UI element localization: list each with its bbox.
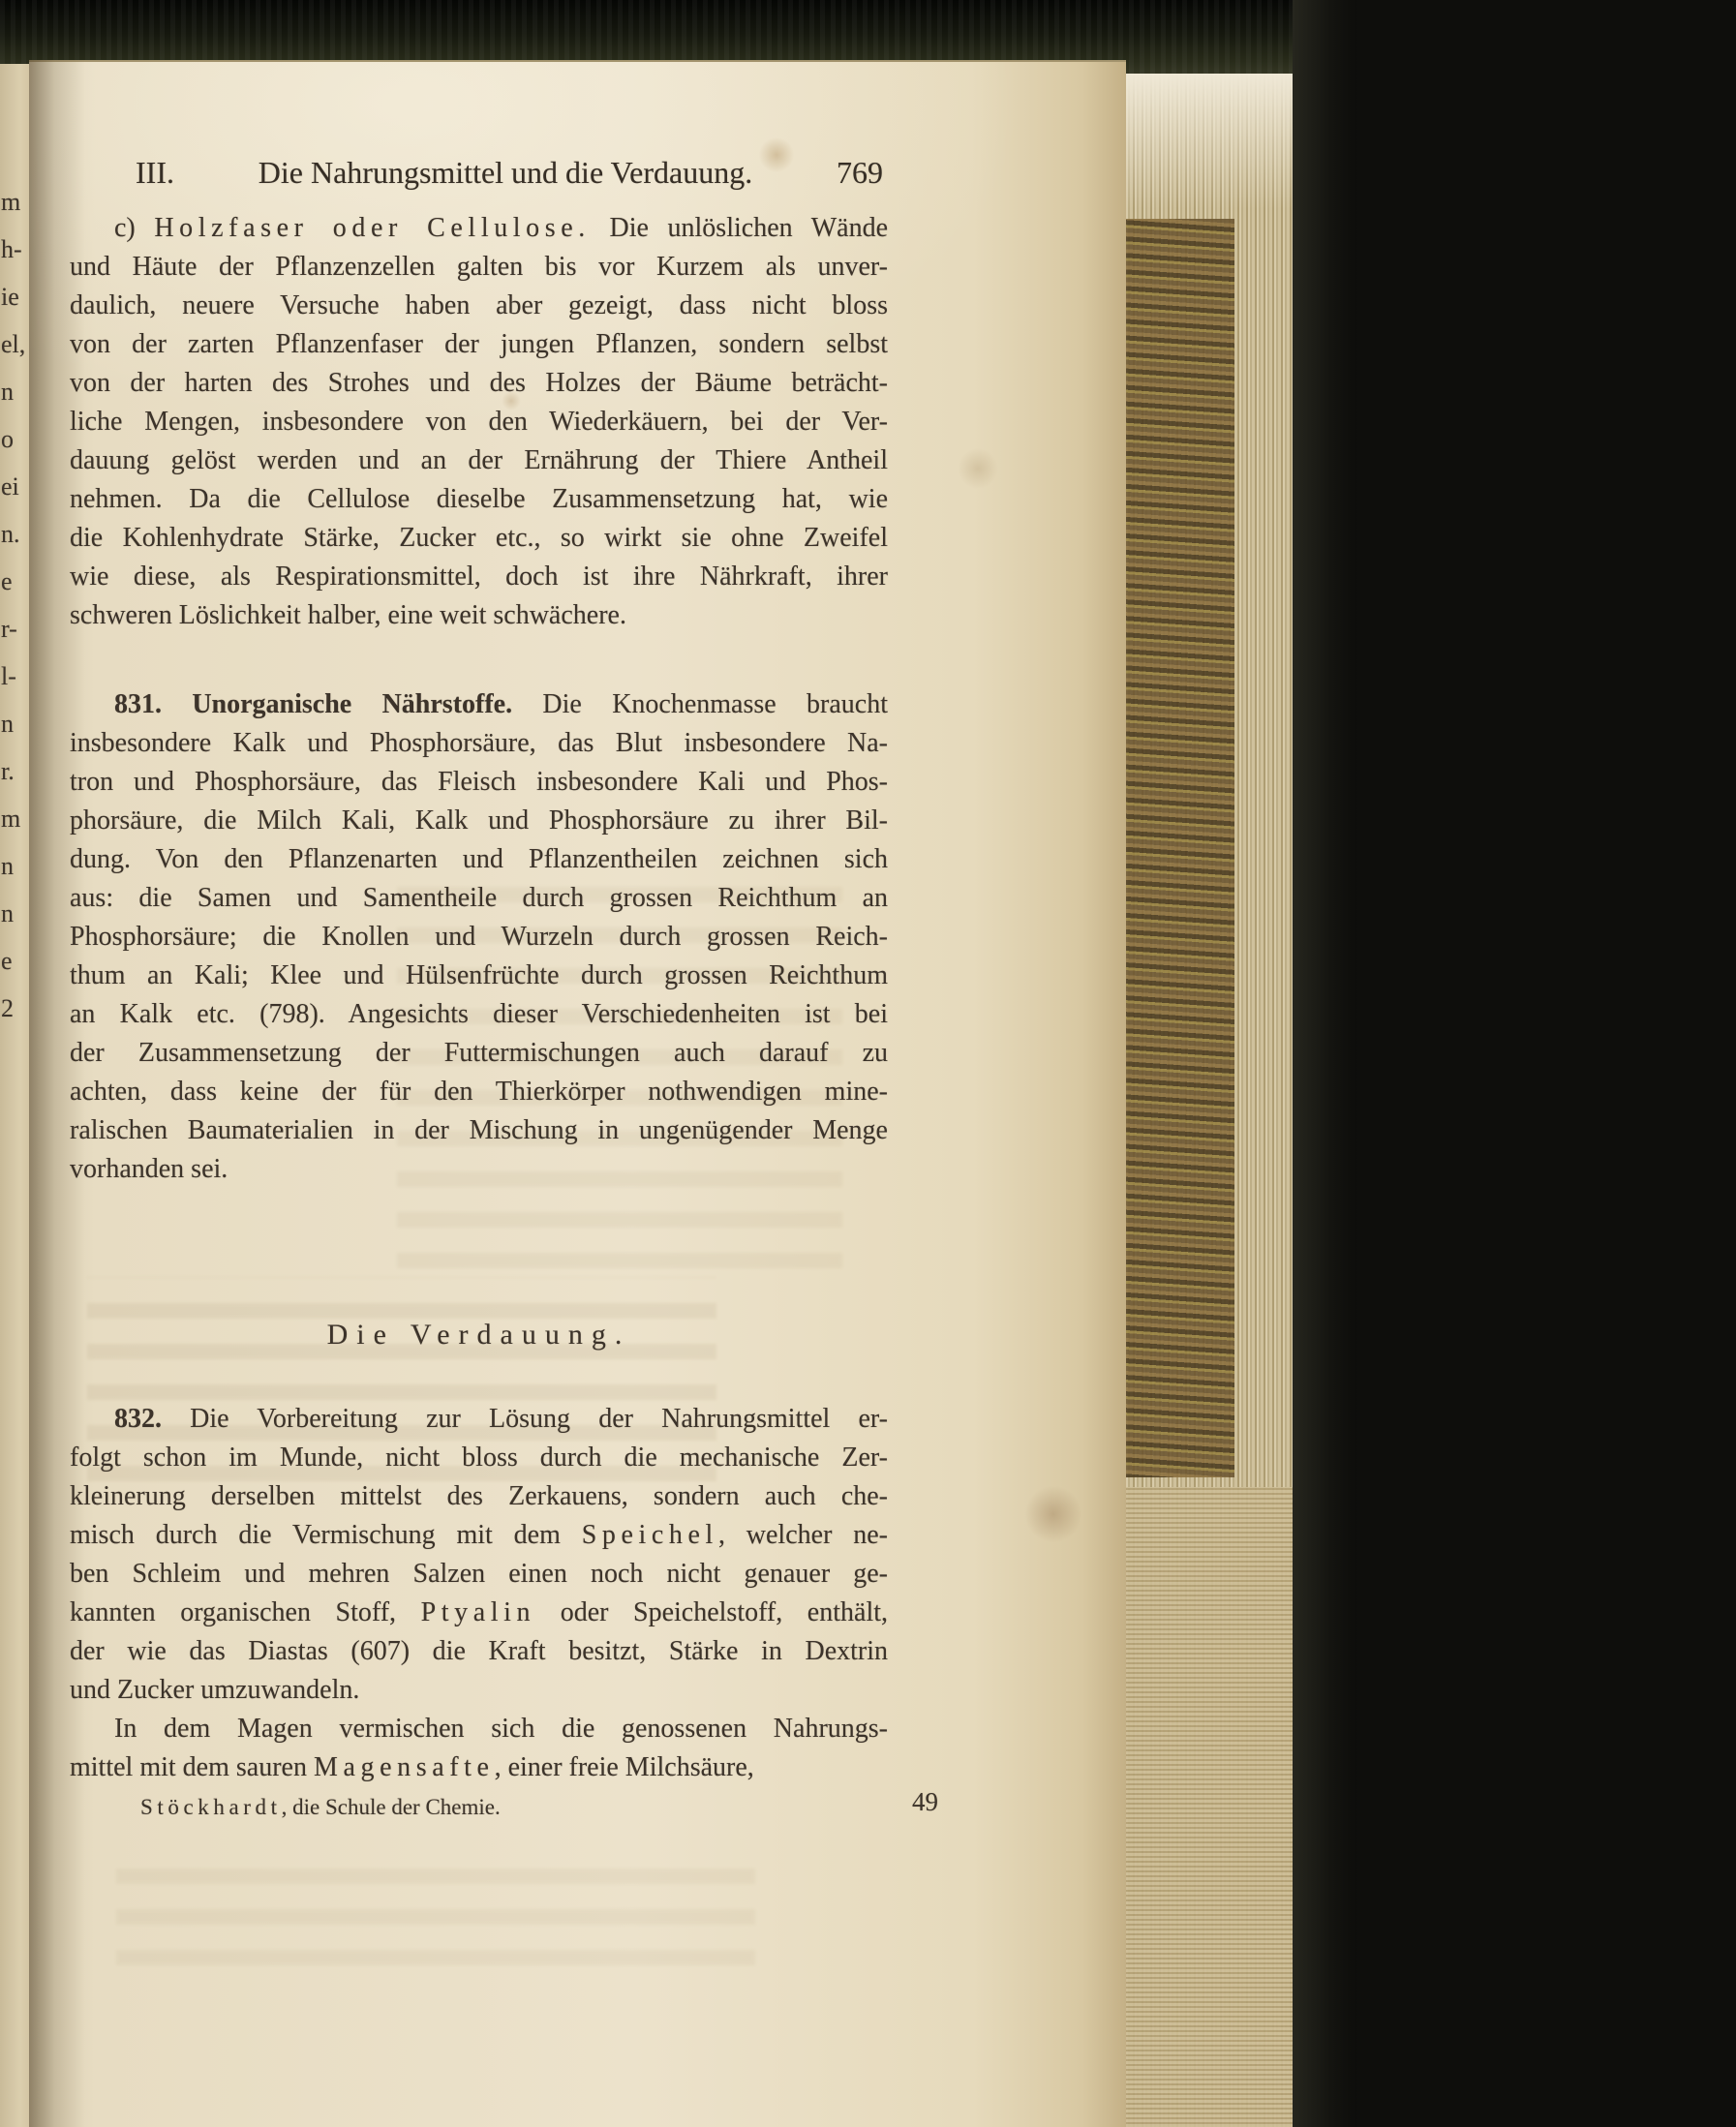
text-line: mittel mit dem sauren Magensafte, einer … xyxy=(70,1748,888,1787)
emphasized-text: Ptyalin xyxy=(421,1597,536,1627)
text-line: die Kohlenhydrate Stärke, Zucker etc., s… xyxy=(70,519,888,558)
emphasized-text: Holzfaser oder Cellulose. xyxy=(154,213,591,243)
header-title: Die Nahrungsmittel und die Verdauung. xyxy=(259,155,752,191)
text-line: daulich, neuere Versuche haben aber geze… xyxy=(70,287,888,325)
text-line: misch durch die Vermischung mit dem Spei… xyxy=(70,1516,888,1555)
text-line: von der zarten Pflanzenfaser der jungen … xyxy=(70,325,888,364)
text-line: l- xyxy=(1,653,29,700)
plain-text: , die Schule der Chemie. xyxy=(282,1795,501,1819)
text-line: schweren Löslichkeit halber, eine weit s… xyxy=(70,596,888,635)
text-line: nehmen. Da die Cellulose dieselbe Zusamm… xyxy=(70,480,888,519)
plain-text: , welcher ne- xyxy=(718,1520,888,1550)
text-line: phorsäure, die Milch Kali, Kalk und Phos… xyxy=(70,802,888,840)
fore-edge-marble xyxy=(1126,219,1234,1477)
text-line: c) Holzfaser oder Cellulose. Die unlösli… xyxy=(70,209,888,248)
text-line: thum an Kali; Klee und Hülsenfrüchte dur… xyxy=(70,957,888,995)
text-line: dung. Von den Pflanzenarten und Pflanzen… xyxy=(70,840,888,879)
text-line: ben Schleim und mehren Salzen einen noch… xyxy=(70,1555,888,1594)
text-line: 2 xyxy=(1,985,29,1032)
plain-text: kannten organischen Stoff, xyxy=(70,1597,421,1627)
book-photo-scene: mh-ieel,noein.er-l-nr.mnne2 III. Die Nah… xyxy=(0,0,1736,2127)
text-line: insbesondere Kalk und Phosphorsäure, das… xyxy=(70,724,888,763)
opposite-page-fragments: mh-ieel,noein.er-l-nr.mnne2 xyxy=(1,178,29,1032)
text-line: von der harten des Strohes und des Holze… xyxy=(70,364,888,403)
fore-edge-page-stack xyxy=(1126,74,1293,2127)
text-line: Stöckhardt, die Schule der Chemie. xyxy=(140,1795,818,1820)
text-line: an Kalk etc. (798). Angesichts dieser Ve… xyxy=(70,995,888,1034)
text-line: vorhanden sei. xyxy=(70,1150,888,1189)
footer-signature: Stöckhardt, die Schule der Chemie. xyxy=(140,1795,818,1820)
book-cover-edge xyxy=(1293,0,1356,2127)
footer-sheet-number: 49 xyxy=(912,1787,938,1817)
text-line: h- xyxy=(1,226,29,273)
emphasized-text: Magensafte xyxy=(314,1752,495,1782)
plain-text: Die Knochenmasse braucht xyxy=(512,689,888,719)
bleed-through-ghost xyxy=(116,1853,755,1979)
paragraph-magen: In dem Magen vermischen sich die genosse… xyxy=(70,1710,888,1787)
emphasized-text: 831. Unorganische Nährstoffe. xyxy=(114,689,512,719)
text-line: m xyxy=(1,178,29,226)
header-section-numeral: III. xyxy=(136,155,174,191)
page-header: III. Die Nahrungsmittel und die Verdauun… xyxy=(136,155,883,191)
text-line: dauung gelöst werden und an der Ernährun… xyxy=(70,441,888,480)
text-line: tron und Phosphorsäure, das Fleisch insb… xyxy=(70,763,888,802)
emphasized-text: 832. xyxy=(114,1404,162,1434)
text-line: der wie das Diastas (607) die Kraft besi… xyxy=(70,1632,888,1671)
header-page-number: 769 xyxy=(837,155,883,191)
plain-text: Die Vorbereitung zur Lösung der Nahrungs… xyxy=(162,1404,888,1434)
text-line: wie diese, als Respirationsmittel, doch … xyxy=(70,558,888,596)
text-line: In dem Magen vermischen sich die genosse… xyxy=(70,1710,888,1748)
text-line: m xyxy=(1,795,29,842)
emphasized-text: Stöckhardt xyxy=(140,1795,282,1819)
text-line: und Häute der Pflanzenzellen galten bis … xyxy=(70,248,888,287)
text-line: n xyxy=(1,842,29,890)
text-line: o xyxy=(1,415,29,463)
emphasized-text: Speichel xyxy=(582,1520,718,1550)
text-line: el, xyxy=(1,320,29,368)
text-line: Phosphorsäure; die Knollen und Wurzeln d… xyxy=(70,918,888,957)
plain-text: Die unlöslichen Wände xyxy=(591,213,888,243)
text-line: n xyxy=(1,890,29,937)
text-line: n xyxy=(1,368,29,415)
text-line: liche Mengen, insbesondere von den Wiede… xyxy=(70,403,888,441)
text-line: folgt schon im Munde, nicht bloss durch … xyxy=(70,1439,888,1477)
plain-text: mittel mit dem sauren xyxy=(70,1752,314,1782)
text-line: e xyxy=(1,937,29,985)
paragraph-832-vorbereitung: 832. Die Vorbereitung zur Lösung der Nah… xyxy=(70,1400,888,1710)
plain-text: misch durch die Vermischung mit dem xyxy=(70,1520,582,1550)
book-page: III. Die Nahrungsmittel und die Verdauun… xyxy=(29,60,1126,2127)
text-line: ie xyxy=(1,273,29,320)
opposite-page-sliver: mh-ieel,noein.er-l-nr.mnne2 xyxy=(0,64,29,2127)
text-line: 831. Unorganische Nährstoffe. Die Knoche… xyxy=(70,685,888,724)
text-line: ei xyxy=(1,463,29,510)
text-line: kannten organischen Stoff, Ptyalin oder … xyxy=(70,1594,888,1632)
fore-edge-lower-stack xyxy=(1126,1487,1293,2127)
text-line: n xyxy=(1,700,29,747)
plain-text: oder Speichelstoff, enthält, xyxy=(535,1597,888,1627)
subheading-verdauung: Die Verdauung. xyxy=(70,1319,888,1352)
text-line: e xyxy=(1,558,29,605)
text-line: aus: die Samen und Samentheile durch gro… xyxy=(70,879,888,918)
paragraph-cellulose: c) Holzfaser oder Cellulose. Die unlösli… xyxy=(70,209,888,635)
text-line: kleinerung derselben mittelst des Zerkau… xyxy=(70,1477,888,1516)
fore-edge-top-highlight xyxy=(1126,74,1293,209)
paragraph-831-unorganische-naehrstoffe: 831. Unorganische Nährstoffe. Die Knoche… xyxy=(70,685,888,1189)
plain-text: , einer freie Milchsäure, xyxy=(495,1752,754,1782)
text-line: und Zucker umzuwandeln. xyxy=(70,1671,888,1710)
text-line: 832. Die Vorbereitung zur Lösung der Nah… xyxy=(70,1400,888,1439)
text-line: ralischen Baumaterialien in der Mischung… xyxy=(70,1111,888,1150)
text-line: achten, dass keine der für den Thierkörp… xyxy=(70,1073,888,1111)
text-line: r. xyxy=(1,747,29,795)
text-line: der Zusammensetzung der Futtermischungen… xyxy=(70,1034,888,1073)
plain-text: c) xyxy=(114,213,154,243)
text-line: r- xyxy=(1,605,29,653)
text-line: n. xyxy=(1,510,29,558)
